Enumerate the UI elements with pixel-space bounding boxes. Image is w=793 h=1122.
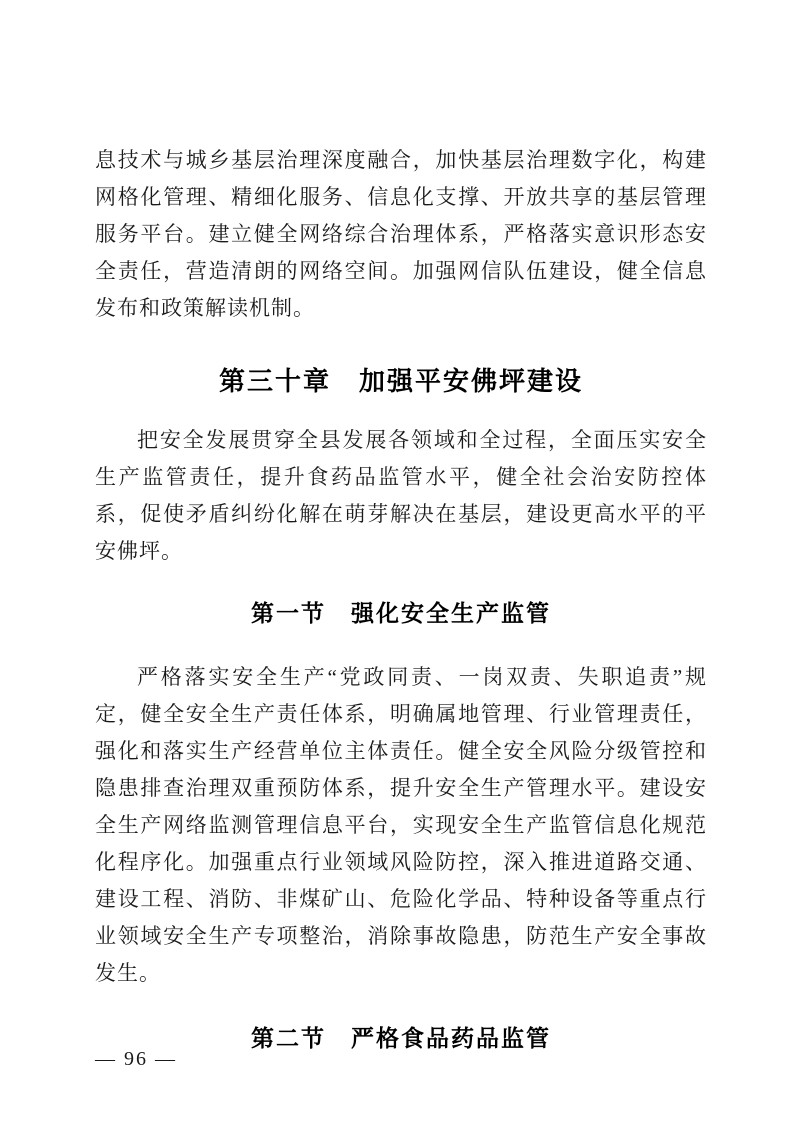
document-page: 息技术与城乡基层治理深度融合，加快基层治理数字化，构建网格化管理、精细化服务、信… bbox=[0, 0, 793, 1122]
paragraph-work-safety-measures: 严格落实安全生产“党政同责、一岗双责、失职追责”规定，健全安全生产责任体系，明确… bbox=[95, 659, 707, 992]
section-heading-1-work-safety-supervision: 第一节 强化安全生产监管 bbox=[95, 593, 707, 633]
section-heading-2-food-drug-supervision: 第二节 严格食品药品监管 bbox=[95, 1018, 707, 1058]
page-number: — 96 — bbox=[95, 1048, 177, 1071]
paragraph-chapter-intro: 把安全发展贯穿全县发展各领域和全过程，全面压实安全生产监管责任，提升食药品监管水… bbox=[95, 422, 707, 570]
chapter-heading-30-safe-foping: 第三十章 加强平安佛坪建设 bbox=[95, 361, 707, 401]
paragraph-continuation-grassroots-governance: 息技术与城乡基层治理深度融合，加快基层治理数字化，构建网格化管理、精细化服务、信… bbox=[95, 142, 707, 327]
text-column: 息技术与城乡基层治理深度融合，加快基层治理数字化，构建网格化管理、精细化服务、信… bbox=[95, 142, 707, 1058]
